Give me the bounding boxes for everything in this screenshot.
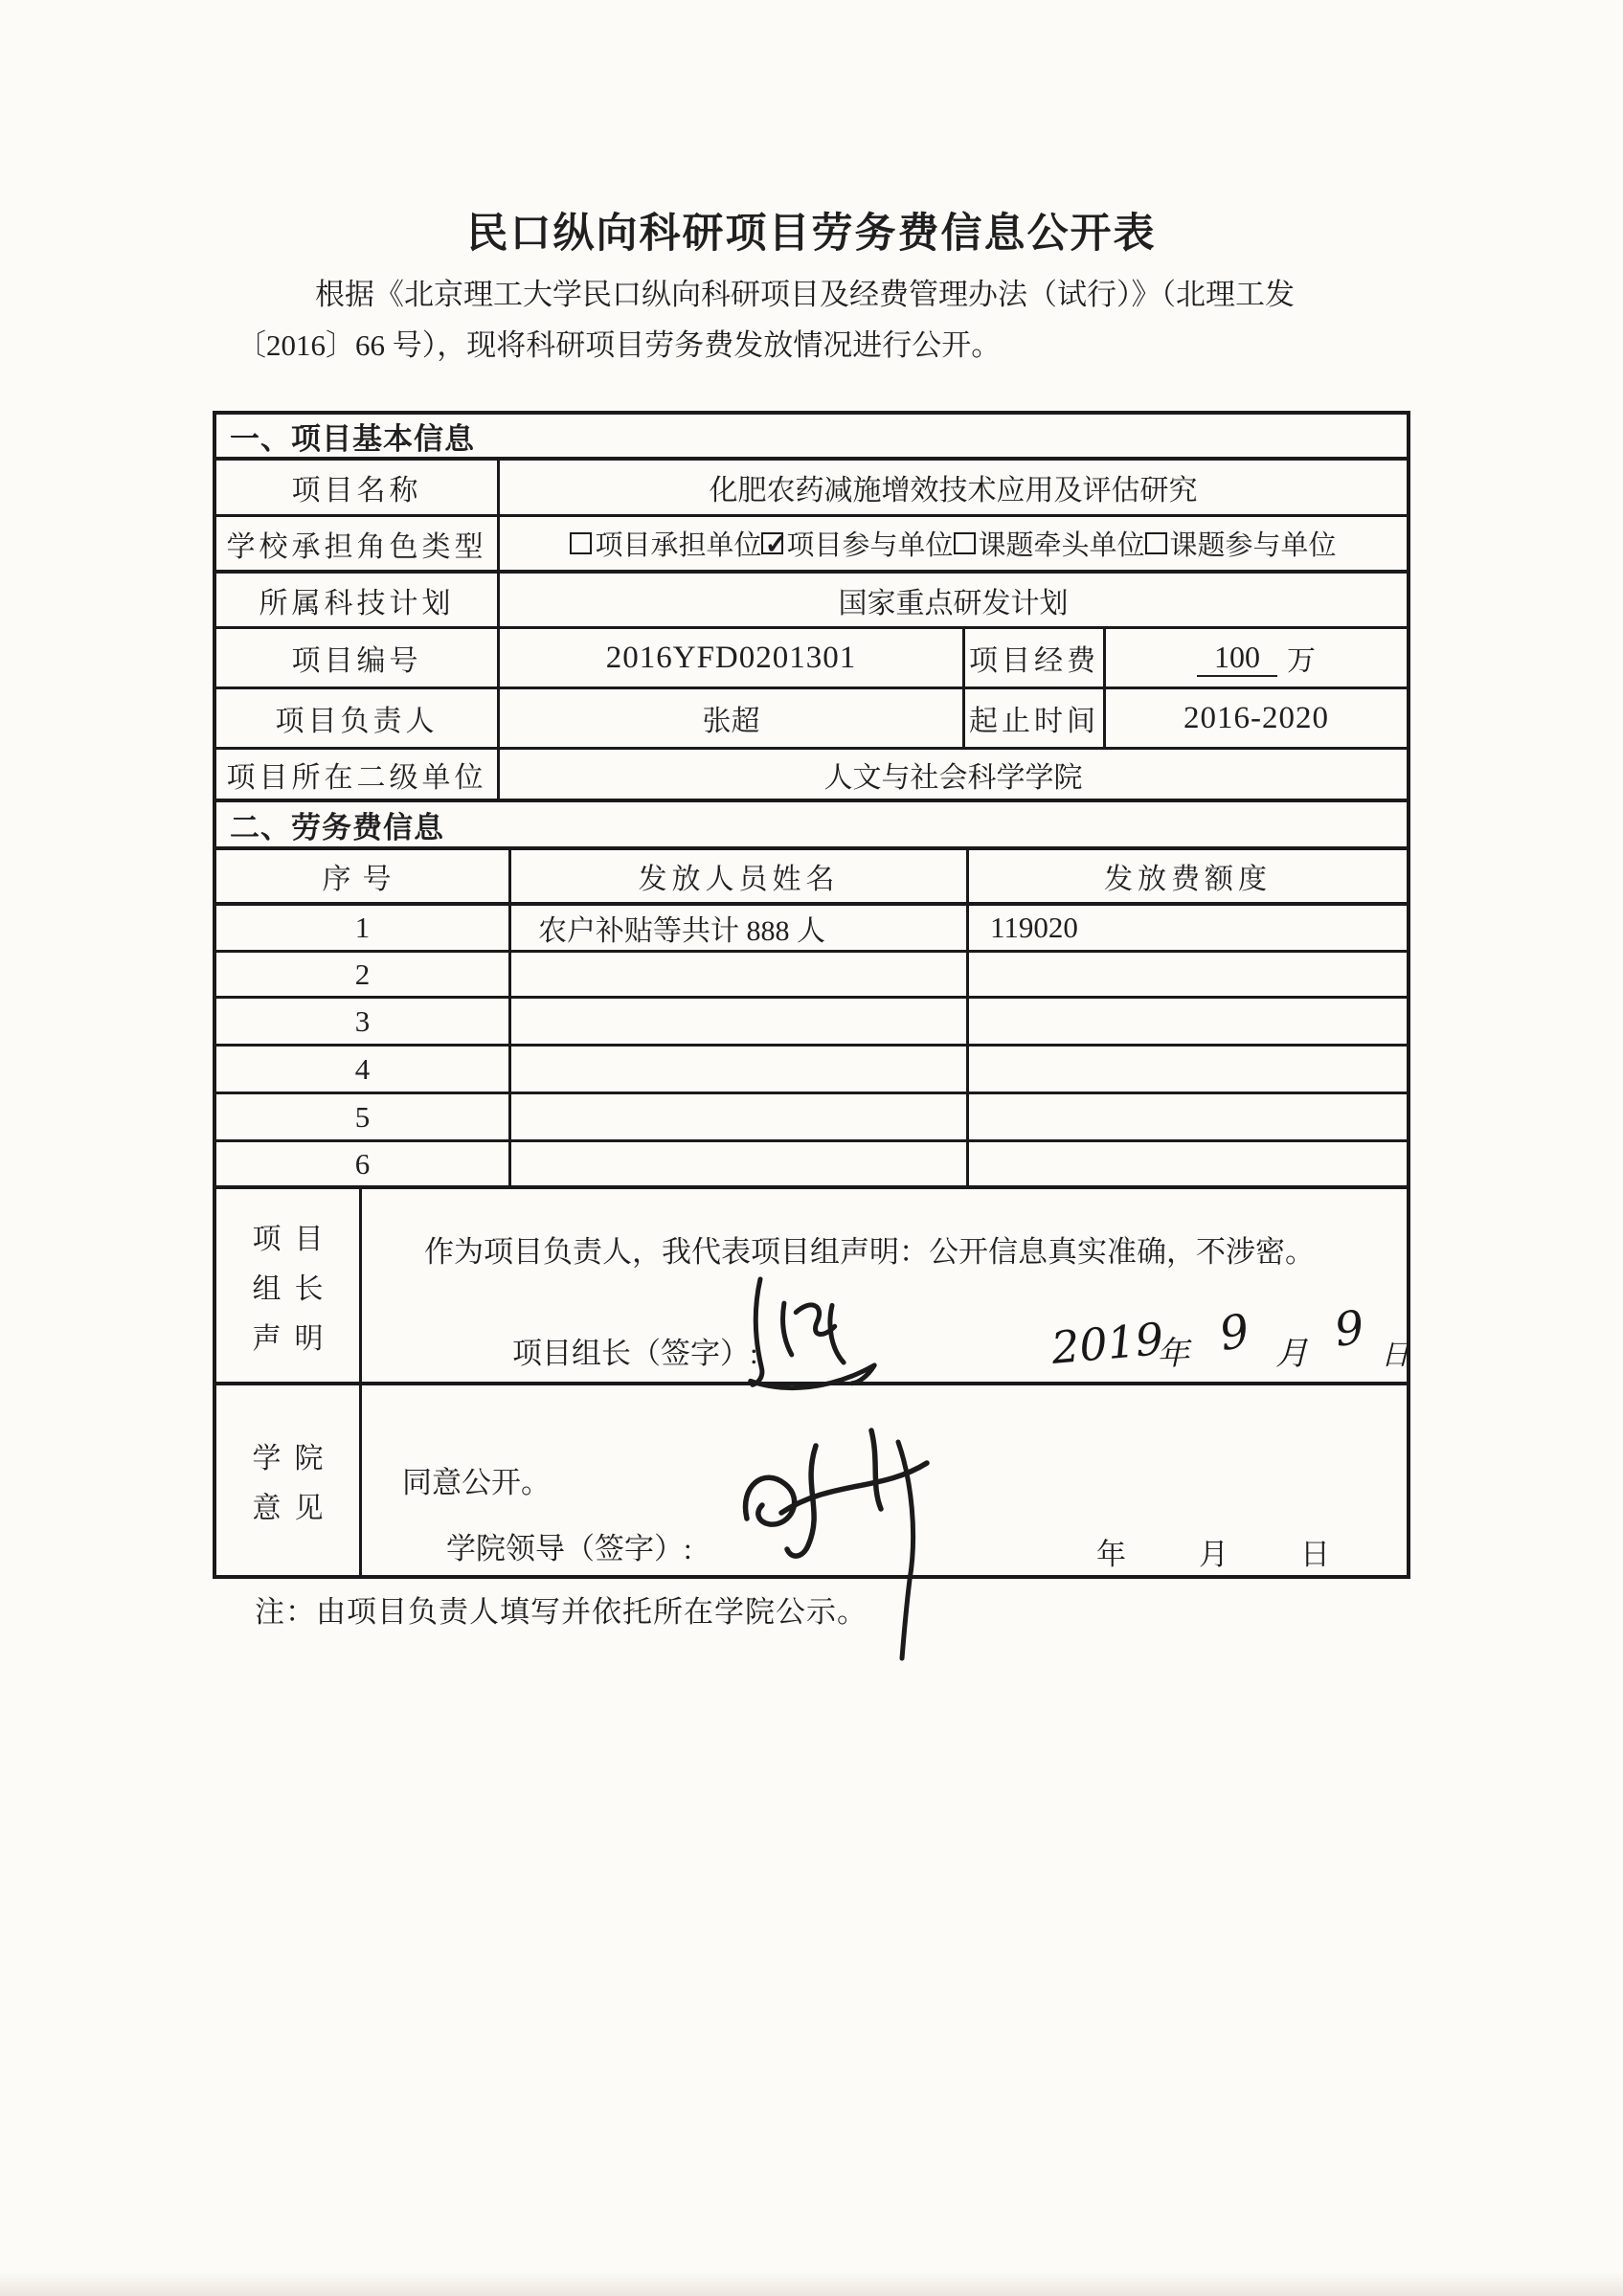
- role-option-label: 课题牵头单位: [979, 524, 1145, 563]
- role-option: 课题参与单位: [1145, 524, 1337, 563]
- budget-unit: 万: [1287, 637, 1316, 679]
- science-plan-value: 国家重点研发计划: [500, 574, 1407, 626]
- role-type-value: 项目承担单位 项目参与单位 课题牵头单位 课题参与单位: [500, 517, 1407, 570]
- name-cell: [511, 953, 969, 996]
- budget-amount: 100: [1197, 640, 1277, 677]
- serial-cell: 1: [216, 906, 511, 950]
- name-cell: [511, 999, 969, 1044]
- project-name-value: 化肥农药减施增效技术应用及评估研究: [500, 461, 1407, 514]
- amount-cell: [969, 1094, 1407, 1139]
- checkbox-icon: [570, 532, 592, 554]
- checkbox-icon: [761, 532, 783, 554]
- handwritten-day-suffix: 日: [1381, 1331, 1409, 1373]
- intro-line-1: 根据《北京理工大学民口纵向科研项目及经费管理办法（试行）》（北理工发: [237, 269, 1400, 320]
- footnote: 注：由项目负责人填写并依托所在学院公示。: [255, 1587, 868, 1631]
- name-cell: [511, 1047, 969, 1092]
- project-number-label: 项目编号: [292, 637, 422, 679]
- section-header-labor-fee: 二、劳务费信息: [216, 802, 444, 846]
- duration-label: 起止时间: [969, 697, 1099, 739]
- leader-declaration-label: 项目 组长 声明: [253, 1215, 324, 1357]
- serial-cell: 6: [216, 1142, 511, 1185]
- section-header-basic-info: 一、项目基本信息: [216, 415, 475, 457]
- checkbox-icon: [954, 532, 976, 554]
- table-row: 3: [216, 999, 1407, 1047]
- column-header-no: 序号: [323, 855, 403, 897]
- project-budget-value: 100 万: [1106, 629, 1407, 687]
- amount-cell: 119020: [969, 906, 1407, 950]
- serial-cell: 5: [216, 1094, 511, 1139]
- amount-cell: [969, 1047, 1407, 1092]
- table-row: 2: [216, 953, 1407, 999]
- serial-cell: 3: [216, 999, 511, 1044]
- name-cell: [511, 1094, 969, 1139]
- checkbox-icon: [1145, 532, 1167, 554]
- name-cell: 农户补贴等共计 888 人: [511, 906, 969, 950]
- date-placeholder-month: 月: [1199, 1530, 1229, 1573]
- amount-cell: [969, 999, 1407, 1044]
- dean-signature-handwriting: [735, 1419, 956, 1668]
- role-type-label: 学校承担角色类型: [227, 523, 487, 565]
- role-option: 课题牵头单位: [954, 524, 1145, 563]
- table-row: 4: [216, 1047, 1407, 1094]
- project-name-label: 项目名称: [292, 466, 422, 508]
- name-cell: [511, 1142, 969, 1185]
- project-leader-label: 项目负责人: [276, 697, 439, 739]
- role-option-label: 项目参与单位: [786, 524, 953, 563]
- handwritten-year: 2019: [1049, 1313, 1165, 1374]
- duration-value: 2016-2020: [1106, 689, 1407, 747]
- table-row: 学校承担角色类型 项目承担单位 项目参与单位 课题牵头单位 课题参与单位: [216, 517, 1407, 574]
- labor-header-row: 序号 发放人员姓名 发放费额度: [216, 850, 1407, 906]
- column-header-amount: 发放费额度: [1104, 855, 1272, 897]
- project-number-value: 2016YFD0201301: [500, 629, 965, 687]
- table-row: 项目负责人 张超 起止时间 2016-2020: [216, 689, 1407, 750]
- science-plan-label: 所属科技计划: [259, 579, 455, 621]
- secondary-unit-value: 人文与社会科学学院: [500, 750, 1407, 799]
- dean-sign-label: 学院领导（签字）:: [446, 1524, 692, 1567]
- table-row: 项目编号 2016YFD0201301 项目经费 100 万: [216, 629, 1407, 689]
- disclosure-table: 一、项目基本信息 项目名称 化肥农药减施增效技术应用及评估研究 学校承担角色类型…: [213, 411, 1410, 1579]
- role-option: 项目参与单位: [761, 524, 953, 563]
- table-row: 1 农户补贴等共计 888 人 119020: [216, 906, 1407, 953]
- college-opinion-label: 学院 意见: [253, 1434, 324, 1526]
- handwritten-month-suffix: 月: [1275, 1327, 1308, 1374]
- serial-cell: 2: [216, 953, 511, 996]
- table-row: 5: [216, 1094, 1407, 1142]
- role-option: 项目承担单位: [570, 524, 761, 563]
- amount-cell: [969, 1142, 1407, 1185]
- date-placeholder-year: 年: [1096, 1530, 1126, 1573]
- page-title: 民口纵向科研项目劳务费信息公开表: [0, 201, 1623, 259]
- intro-line-2: 〔2016〕66 号），现将科研项目劳务费发放情况进行公开。: [237, 320, 1400, 371]
- serial-cell: 4: [216, 1047, 511, 1092]
- date-placeholder-day: 日: [1300, 1530, 1330, 1573]
- amount-cell: [969, 953, 1407, 996]
- intro-paragraph: 根据《北京理工大学民口纵向科研项目及经费管理办法（试行）》（北理工发 〔2016…: [237, 269, 1400, 371]
- table-row: 所属科技计划 国家重点研发计划: [216, 574, 1407, 629]
- role-option-label: 课题参与单位: [1170, 524, 1337, 563]
- project-leader-value: 张超: [500, 689, 965, 747]
- table-row: 项目名称 化肥农药减施增效技术应用及评估研究: [216, 461, 1407, 517]
- scan-edge-shadow: [0, 2271, 1623, 2296]
- leader-sign-label: 项目组长（签字）:: [512, 1329, 758, 1372]
- column-header-name: 发放人员姓名: [639, 855, 840, 897]
- secondary-unit-label: 项目所在二级单位: [227, 754, 487, 796]
- leader-signature-handwriting: [728, 1263, 905, 1403]
- scanned-form-page: 民口纵向科研项目劳务费信息公开表 根据《北京理工大学民口纵向科研项目及经费管理办…: [0, 0, 1623, 2296]
- table-row: 6: [216, 1142, 1407, 1189]
- project-budget-label: 项目经费: [969, 637, 1099, 679]
- opinion-statement: 同意公开。: [402, 1458, 551, 1501]
- table-row: 项目所在二级单位 人文与社会科学学院: [216, 750, 1407, 802]
- role-option-label: 项目承担单位: [595, 524, 761, 563]
- handwritten-year-suffix: 年: [1156, 1326, 1190, 1374]
